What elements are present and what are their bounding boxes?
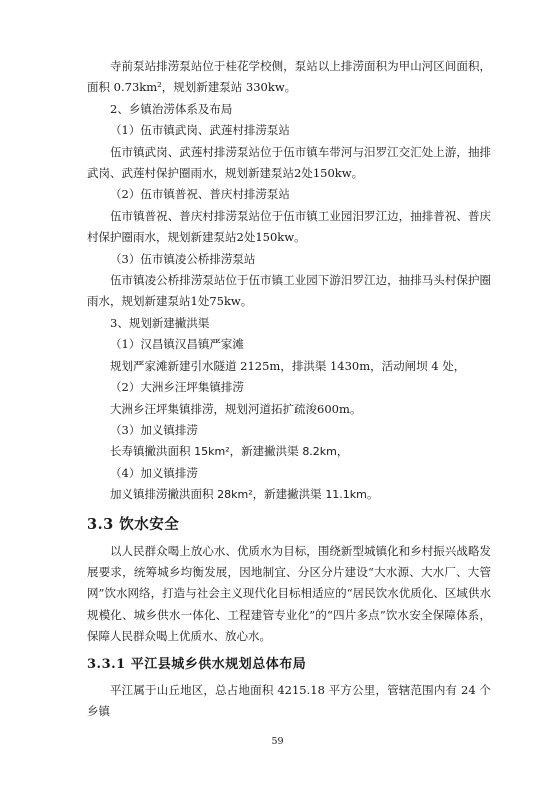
- text-segment: 长寿镇撇洪面积: [110, 444, 194, 458]
- section-heading-drinking-water-safety: 3.3 饮水安全: [87, 513, 491, 537]
- paragraph-pingjiang-region-detail: 平江属于山丘地区，总占地面积 4215.18 平方公里，管辖范围内有 24 个乡…: [87, 680, 491, 723]
- paragraph-puzhu-puqing-detail: 伍市镇普祝、普庆村排涝泵站位于伍市镇工业园汨罗江边，抽排普祝、普庆村保护圈雨水，…: [87, 206, 491, 249]
- measurement-value: 8.2km: [302, 445, 337, 458]
- list-item-linggongqiao-station: （3）伍市镇凌公桥排涝泵站: [87, 249, 491, 270]
- paragraph-changshou-flood-detail: 长寿镇撇洪面积 15km²，新建撇洪渠 8.2km，: [87, 441, 491, 462]
- page-number: 59: [0, 736, 555, 747]
- list-item-jiayi-drainage-4: （4）加义镇排涝: [87, 463, 491, 484]
- measurement-value: 15km²: [194, 445, 230, 458]
- document-page: 寺前泵站排涝泵站位于桂花学校侧，泵站以上排涝面积为甲山河区间面积，面积 0.73…: [0, 0, 555, 785]
- text-segment: 。: [367, 487, 379, 501]
- paragraph-dazhou-wangping-detail: 大洲乡汪坪集镇排涝，规划河道拓扩疏浚600m。: [87, 399, 491, 420]
- text-segment: ，: [337, 444, 349, 458]
- list-item-township-drainage-system: 2、乡镇治涝体系及布局: [87, 99, 491, 120]
- measurement-value: 11.1km: [325, 488, 367, 501]
- document-body: 寺前泵站排涝泵站位于桂花学校侧，泵站以上排涝面积为甲山河区间面积，面积 0.73…: [87, 56, 491, 722]
- subsection-heading-pingjiang-water-supply-layout: 3.3.1 平江县城乡供水规划总体布局: [87, 653, 491, 677]
- measurement-value: 28km²: [217, 488, 253, 501]
- text-segment: 加义镇排涝撇洪面积: [110, 487, 217, 501]
- list-item-puzhu-puqing-station: （2）伍市镇普祝、普庆村排涝泵站: [87, 184, 491, 205]
- list-item-dazhou-wangping: （2）大洲乡汪坪集镇排涝: [87, 377, 491, 398]
- paragraph-yanjiatan-detail: 规划严家滩新建引水隧道 2125m，排洪渠 1430m，活动闸坝 4 处，: [87, 356, 491, 377]
- list-item-hanchang-yanjiatan: （1）汉昌镇汉昌镇严家滩: [87, 334, 491, 355]
- list-item-new-flood-channels: 3、规划新建撇洪渠: [87, 313, 491, 334]
- paragraph-siqian-pump-station: 寺前泵站排涝泵站位于桂花学校侧，泵站以上排涝面积为甲山河区间面积，面积 0.73…: [87, 56, 491, 99]
- list-item-jiayi-drainage-3: （3）加义镇排涝: [87, 420, 491, 441]
- paragraph-wugang-wulian-detail: 伍市镇武岗、武莲村排涝泵站位于伍市镇车带河与汨罗江交汇处上游，抽排武岗、武莲村保…: [87, 142, 491, 185]
- list-item-wugang-wulian-station: （1）伍市镇武岗、武莲村排涝泵站: [87, 120, 491, 141]
- paragraph-jiayi-flood-detail: 加义镇排涝撇洪面积 28km²，新建撇洪渠 11.1km。: [87, 484, 491, 505]
- text-segment: ，新建撇洪渠: [230, 444, 303, 458]
- paragraph-linggongqiao-detail: 伍市镇凌公桥排涝泵站位于伍市镇工业园下游汨罗江边，抽排马头村保护圈雨水，规划新建…: [87, 270, 491, 313]
- paragraph-drinking-water-overview: 以人民群众喝上放心水、优质水为目标，围绕新型城镇化和乡村振兴战略发展要求，统筹城…: [87, 541, 491, 648]
- text-segment: ，新建撇洪渠: [253, 487, 326, 501]
